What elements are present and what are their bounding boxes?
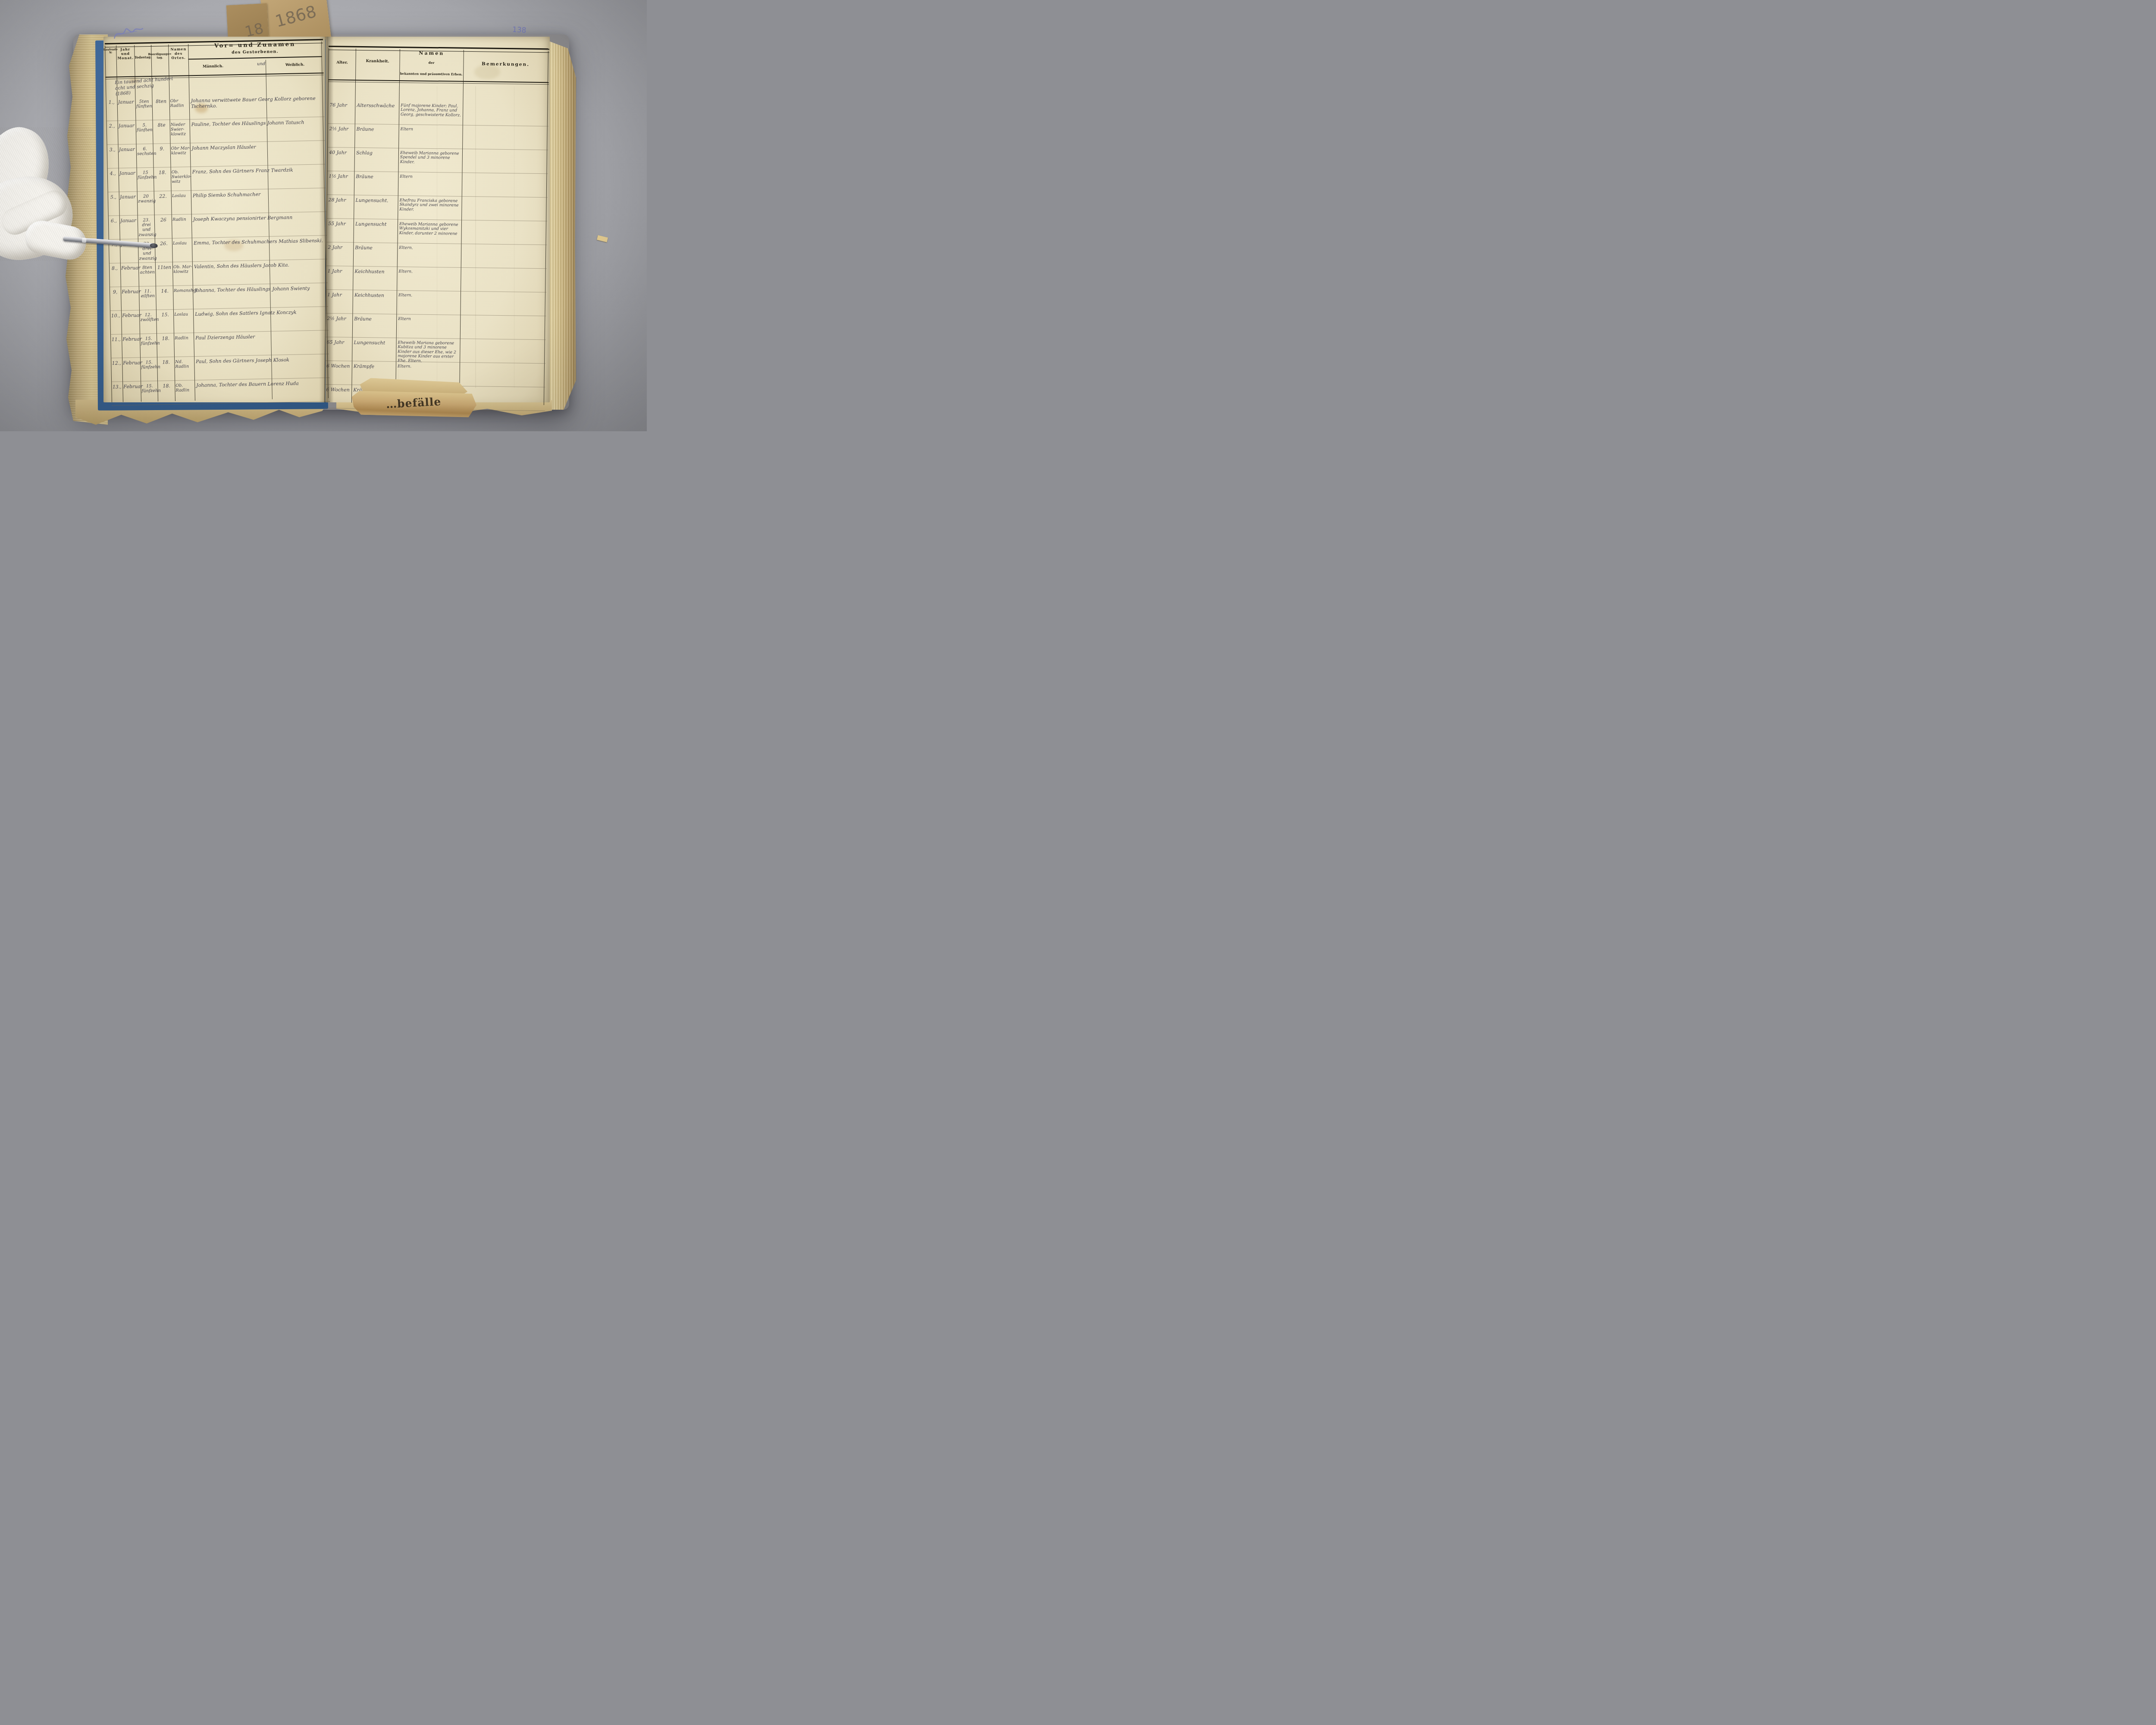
row-heirs: Eltern — [400, 125, 462, 149]
row-deceased-name: Johanna, Tochter des Bauern Lorenz Huda — [196, 378, 328, 404]
register-row: 7., Januar 23. drei und zwanzig 26. Losl… — [109, 235, 327, 263]
handwritten-und: und — [257, 62, 266, 66]
row-heirs: Eltern — [398, 314, 460, 339]
register-row-right: 2½ Jahr Bräune Eltern — [325, 314, 546, 340]
register-row: 10., Februar 12. zwölften 15. Loslau Lud… — [110, 307, 329, 335]
left-table: Laufende № Jahr und Monat. Todestag. Bee… — [105, 39, 330, 402]
row-remark — [464, 125, 546, 150]
row-heirs: Eltern. — [398, 291, 460, 315]
row-number: 11., — [110, 334, 122, 358]
row-heirs: Ehefrau Franciska geborene Skandyrz und … — [399, 196, 461, 220]
row-death-day: 23. drei und zwanzig — [138, 215, 155, 239]
row-disease: Bräune — [356, 124, 398, 148]
register-row: 9, Februar 11. eilften 14. Romanshof Joh… — [110, 283, 328, 311]
row-month: Februar — [123, 382, 141, 405]
row-heirs: Eltern. — [399, 243, 461, 267]
row-death-day: 15. fünfzehn — [141, 334, 157, 358]
register-row: 8., Februar 8ten achten 11ten Ob. Mar- k… — [109, 259, 328, 287]
photo-of-death-register: 1868 18 138 Laufende № Jahr und Monat. T… — [0, 0, 647, 431]
row-death-day: 15. fünfzehn — [141, 358, 157, 381]
row-place: Loslau — [172, 191, 192, 214]
row-burial-day: 8ten — [153, 96, 169, 120]
row-place: Nieder Swier- klowitz — [170, 119, 190, 143]
row-burial-day: 18. — [154, 167, 171, 191]
row-number: 8., — [109, 263, 121, 286]
register-row-right: 65 Jahr Lungensucht Eheweib Mariana gebo… — [325, 337, 546, 364]
right-page-stack-edge — [548, 41, 576, 410]
row-remark — [463, 268, 544, 292]
register-row-right: 28 Jahr Lungensucht. Ehefrau Franciska g… — [326, 195, 548, 221]
row-death-day: 20 zwanzig — [138, 191, 154, 215]
row-burial-day: 22. — [155, 191, 172, 215]
row-number: 4., — [107, 168, 119, 191]
row-remark — [464, 197, 545, 221]
row-month: Januar — [118, 121, 136, 144]
row-deceased-name: Valentin, Sohn des Häuslers Jacob Kita. — [194, 259, 326, 285]
row-death-day: 5. fünften — [136, 120, 153, 144]
row-place: Loslau — [173, 238, 193, 262]
row-number: 13., — [111, 382, 123, 405]
row-place: Radlin — [172, 214, 192, 238]
row-number: 12., — [111, 358, 122, 381]
row-month: Februar — [121, 263, 139, 287]
col-header-erben-der: der — [400, 60, 463, 66]
row-death-day: 15 fünfzehn — [138, 168, 154, 191]
row-number: 3., — [107, 144, 119, 168]
bookmark-label: 1868 — [273, 0, 330, 31]
row-month: Januar — [119, 144, 137, 168]
row-burial-day: 26. — [156, 238, 172, 262]
row-death-day: 5ten fünften — [136, 97, 152, 120]
register-row: 5., Januar 20 zwanzig 22. Loslau Philip … — [108, 188, 326, 216]
row-deceased-name: Paul Dzierzenga Häusler — [195, 330, 327, 356]
row-deceased-name: Johanna, Tochter des Häuslings Johann Sw… — [194, 283, 326, 309]
row-burial-day: 15. — [157, 310, 174, 333]
row-burial-day: 18. — [158, 357, 175, 381]
paper-scrap-bottom: …befälle — [345, 377, 483, 431]
row-remark — [464, 149, 545, 173]
row-burial-day: 9. — [154, 144, 171, 167]
row-remark — [463, 244, 545, 268]
row-heirs: Eltern — [400, 172, 461, 196]
row-disease: Bräune — [355, 243, 397, 267]
year-heading-spacer — [328, 80, 549, 103]
row-remark — [462, 339, 543, 363]
row-remark — [464, 173, 545, 197]
row-burial-day: 14. — [157, 286, 173, 310]
row-remark — [465, 102, 546, 126]
row-heirs: Eheweib Mariana geborene Kubitza und 3 m… — [398, 338, 459, 362]
row-deceased-name: Joseph Kwaczyna pensionirter Bergmann — [193, 212, 325, 238]
row-number: 2., — [106, 121, 118, 144]
row-disease: Lungensucht — [354, 338, 396, 361]
col-header-maennlich: Männlich. — [196, 64, 230, 70]
row-heirs: Fünf majorene Kinder; Paul, Lorenz, Joha… — [401, 101, 462, 125]
row-death-day: 12. zwölften — [140, 310, 157, 334]
register-row-right: 2 Jahr Bräune Eltern. — [326, 242, 547, 269]
register-row-right: 1 Jahr Keichhusten Eltern. — [326, 266, 547, 292]
row-disease: Bräune — [356, 172, 398, 195]
row-disease: Lungensucht — [355, 219, 397, 243]
row-disease: Altersschwäche — [357, 100, 399, 124]
row-month: Januar — [120, 192, 138, 216]
row-disease: Keichhusten — [354, 290, 396, 314]
col-header-erben-namen: Namen — [400, 50, 463, 57]
row-deceased-name: Pauline, Tochter des Häuslings Johann Ta… — [191, 117, 323, 143]
register-row-right: 1 Jahr Keichhusten Eltern. — [325, 290, 546, 316]
row-month: Februar — [123, 358, 141, 382]
row-number: 6., — [108, 216, 120, 239]
row-month: Januar — [118, 97, 135, 121]
row-number: 1., — [106, 97, 117, 120]
row-disease: Bräune — [354, 314, 396, 338]
row-month: Januar — [120, 216, 138, 239]
row-death-day: 15. fünfzehn — [141, 381, 158, 405]
register-row-right: 76 Jahr Altersschwäche Fünf majorene Kin… — [328, 100, 549, 126]
row-disease: Lungensucht. — [355, 195, 398, 219]
register-row: 1., Januar 5ten fünften 8ten Obr Radlin … — [106, 93, 324, 121]
row-deceased-name: Franz, Sohn des Gärtners Franz Twardzik — [192, 164, 324, 190]
row-death-day: 11. eilften — [140, 286, 156, 310]
register-row-right: 40 Jahr Schlag Eheweib Marianna geborene… — [327, 147, 548, 174]
row-place: Obr Radlin — [170, 96, 190, 119]
row-deceased-name: Emma, Tochter des Schuhmachers Mathias S… — [194, 235, 326, 261]
row-month: Februar — [122, 334, 140, 358]
col-header-bemerkungen: Bemerkungen. — [464, 61, 546, 68]
row-death-day: 6. sechsten — [137, 144, 154, 168]
row-number: 10., — [110, 310, 122, 334]
row-month: Februar — [122, 310, 140, 334]
page-number: 138 — [512, 25, 526, 35]
row-place: Romanshof — [174, 285, 194, 309]
register-row-right: 2½ Jahr Bräune Eltern — [327, 124, 548, 150]
register-row: 11., Februar 15. fünfzehn 18. Radlin Pau… — [110, 330, 329, 358]
row-place: Radlin — [175, 333, 194, 357]
register-row: 2., Januar 5. fünften 8te Nieder Swier- … — [106, 117, 325, 145]
row-place: Obr Mar- klowitz — [171, 143, 191, 167]
row-disease: Schlag — [356, 148, 398, 172]
row-place: Ob. Radlin — [175, 380, 195, 404]
row-burial-day: 26 — [155, 215, 172, 238]
register-row-right: 55 Jahr Lungensucht Eheweib Marianna geb… — [326, 219, 547, 245]
row-place: Nd. Radlin — [175, 357, 195, 380]
col-header-weiblich: Weiblich. — [278, 63, 312, 69]
row-number: 5., — [108, 192, 119, 215]
right-rows: 76 Jahr Altersschwäche Fünf majorene Kin… — [324, 80, 549, 411]
register-row: 13., Februar 15. fünfzehn 18. Ob. Radlin… — [111, 378, 330, 406]
row-deceased-name: Johanna verwittwete Bauer Georg Kollorz … — [191, 93, 323, 119]
register-row-right: 1½ Jahr Bräune Eltern — [327, 171, 548, 198]
paper-fragment — [597, 235, 608, 242]
row-deceased-name: Ludwig, Sohn des Sattlers Ignatz Konczyk — [195, 307, 327, 332]
right-table: Alter. Krankheit. Namen der bekannten un… — [324, 46, 549, 405]
row-remark — [463, 220, 545, 245]
register-row: 3., Januar 6. sechsten 9. Obr Mar- klowi… — [107, 141, 326, 169]
row-place: Loslau — [174, 309, 194, 333]
left-rows: Ein tausend acht hundert acht und sechzi… — [106, 73, 330, 406]
row-month: Januar — [119, 168, 137, 192]
col-header-beerdigungstag: Beerdigungs= tag. — [150, 52, 170, 66]
row-deceased-name: Johann Maczyslan Häusler — [191, 141, 323, 166]
row-disease: Keichhusten — [354, 267, 397, 290]
row-month: Februar — [122, 287, 139, 310]
row-deceased-name: Paul, Sohn des Gärtners Joseph Klosok — [196, 354, 328, 380]
col-header-krankheit: Krankheit. — [356, 59, 399, 66]
col-header-erben-sub: bekannten und präsumtiven Erben. — [398, 72, 464, 78]
row-burial-day: 18. — [157, 333, 174, 357]
row-deceased-name: Philip Siemko Schuhmacher — [193, 188, 325, 214]
book-spine-shadow — [319, 37, 334, 402]
row-death-day: 8ten achten — [139, 263, 156, 286]
row-burial-day: 8te — [153, 120, 170, 144]
row-remark — [462, 315, 544, 339]
col-header-ort: Namen des Ortes. — [169, 47, 188, 71]
row-place: Ob. Mar- klowitz — [173, 262, 193, 285]
row-number: 9, — [110, 287, 121, 310]
register-row: 4., Januar 15 fünfzehn 18. Ob. Swierklo-… — [107, 164, 326, 192]
register-row: 6., Januar 23. drei und zwanzig 26 Radli… — [108, 212, 327, 240]
row-place: Ob. Swierklo- witz — [172, 167, 191, 191]
col-header-laufende: Laufende № — [105, 48, 116, 73]
row-heirs: Eheweib Marianna geborene Wykosmanitzki … — [399, 220, 461, 244]
row-heirs: Eltern. — [398, 267, 460, 291]
row-burial-day: 11ten — [156, 262, 173, 286]
col-header-jahr-monat: Jahr und Monat. — [116, 47, 135, 73]
name-header-rule — [188, 56, 322, 60]
row-remark — [462, 292, 544, 316]
row-heirs: Eheweib Marianna geborene Spendel und 3 … — [400, 148, 461, 172]
register-row: 12., Februar 15. fünfzehn 18. Nd. Radlin… — [111, 354, 329, 382]
row-burial-day: 18. — [158, 381, 175, 405]
